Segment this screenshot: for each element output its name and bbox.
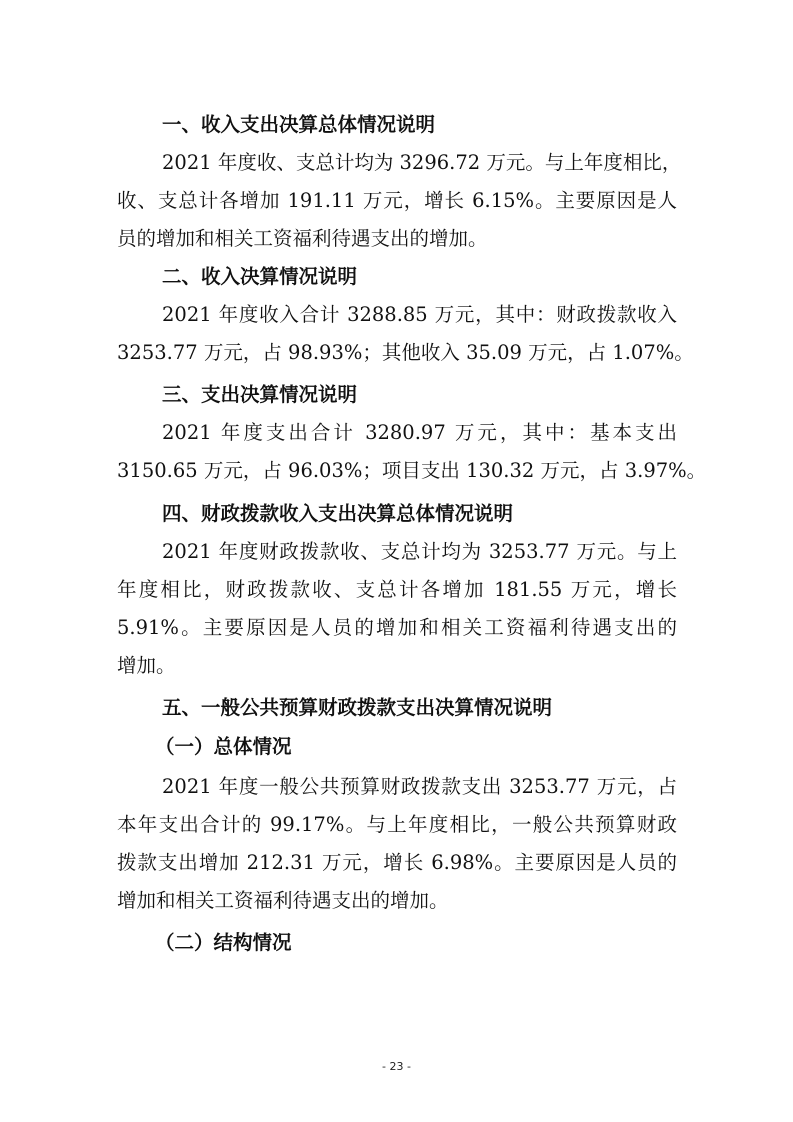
- document-page: 一、收入支出决算总体情况说明 2021 年度收、支总计均为 3296.72 万元…: [0, 0, 793, 1122]
- paragraph-line: 5.91%。主要原因是人员的增加和相关工资福利待遇支出的: [117, 616, 677, 640]
- section-heading-2: 二、收入决算情况说明: [162, 265, 357, 289]
- paragraph-line: 增加和相关工资福利待遇支出的增加。: [117, 889, 449, 913]
- paragraph-line: 拨款支出增加 212.31 万元，增长 6.98%。主要原因是人员的: [117, 851, 677, 875]
- paragraph-line: 本年支出合计的 99.17%。与上年度相比，一般公共预算财政: [117, 813, 677, 837]
- paragraph-line: 2021 年度支出合计 3280.97 万元，其中：基本支出: [162, 421, 677, 445]
- section-heading-3: 三、支出决算情况说明: [162, 383, 357, 407]
- paragraph-line: 2021 年度收、支总计均为 3296.72 万元。与上年度相比，: [162, 151, 677, 175]
- paragraph-line: 2021 年度收入合计 3288.85 万元，其中：财政拨款收入: [162, 303, 677, 327]
- subsection-heading-1: （一）总体情况: [155, 735, 292, 759]
- paragraph-line: 3253.77 万元，占 98.93%；其他收入 35.09 万元，占 1.07…: [117, 341, 677, 365]
- section-heading-4: 四、财政拨款收入支出决算总体情况说明: [162, 502, 513, 526]
- paragraph-line: 2021 年度一般公共预算财政拨款支出 3253.77 万元，占: [162, 775, 677, 799]
- paragraph-line: 3150.65 万元，占 96.03%；项目支出 130.32 万元，占 3.9…: [117, 459, 677, 483]
- section-heading-5: 五、一般公共预算财政拨款支出决算情况说明: [162, 696, 552, 720]
- subsection-heading-2: （二）结构情况: [155, 931, 292, 955]
- paragraph-line: 增加。: [117, 654, 176, 678]
- paragraph-line: 年度相比，财政拨款收、支总计各增加 181.55 万元，增长: [117, 578, 677, 602]
- paragraph-line: 员的增加和相关工资福利待遇支出的增加。: [117, 227, 488, 251]
- paragraph-line: 收、支总计各增加 191.11 万元，增长 6.15%。主要原因是人: [117, 189, 677, 213]
- page-number: - 23 -: [0, 1060, 793, 1073]
- section-heading-1: 一、收入支出决算总体情况说明: [162, 113, 435, 137]
- paragraph-line: 2021 年度财政拨款收、支总计均为 3253.77 万元。与上: [162, 540, 677, 564]
